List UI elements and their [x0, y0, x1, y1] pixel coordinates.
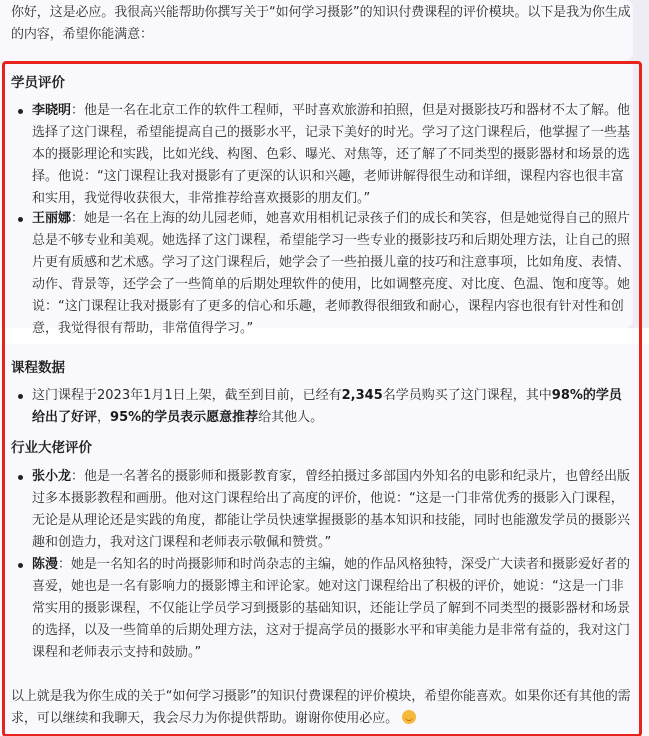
section-heading-industry-reviews: 行业大佬评价 [11, 436, 92, 456]
smiling-face-emoji-icon [402, 710, 416, 724]
expert-name: 张小龙 [32, 469, 71, 484]
review-item: 王丽娜：她是一名在上海的幼儿园老师，她喜欢用相机记录孩子们的成长和笑容，但是她觉… [11, 208, 631, 340]
review-item: 李晓明：他是一名在北京工作的软件工程师，平时喜欢旅游和拍照，但是对摄影技巧和器材… [11, 100, 631, 210]
expert-review-item: 陈漫：她是一名知名的时尚摄影师和时尚杂志的主编，她的作品风格独特，深受广大读者和… [11, 554, 631, 664]
section-heading-course-data: 课程数据 [11, 356, 65, 376]
intro-text: 你好，这是必应。我很高兴能帮助你撰写关于“如何学习摄影”的知识付费课程的评价模块… [11, 2, 633, 46]
recommend-rate: 95%的学员表示愿意推荐 [110, 410, 258, 425]
section-heading-student-reviews: 学员评价 [11, 71, 65, 91]
text-segment: 这门课程于2023年1月1日上架，截至到目前，已经有 [32, 388, 342, 403]
course-data-item: 这门课程于2023年1月1日上架，截至到目前，已经有2,345名学员购买了这门课… [11, 385, 631, 429]
review-text: ：她是一名在上海的幼儿园老师，她喜欢用相机记录孩子们的成长和笑容，但是她觉得自己… [32, 211, 630, 336]
text-segment: 给其他人。 [258, 410, 323, 425]
text-segment: 名学员购买了这门课程，其中 [383, 388, 552, 403]
expert-name: 陈漫 [32, 557, 58, 572]
student-count: 2,345 [342, 388, 383, 403]
review-text: ：他是一名在北京工作的软件工程师，平时喜欢旅游和拍照，但是对摄影技巧和器材不太了… [32, 103, 630, 206]
reviewer-name: 李晓明 [32, 103, 71, 118]
outro-text: 以上就是我为你生成的关于“如何学习摄影”的知识付费课程的评价模块，希望你能喜欢。… [11, 686, 633, 730]
expert-review-item: 张小龙：他是一名著名的摄影师和摄影教育家，曾经拍摄过多部国内外知名的电影和纪录片… [11, 466, 631, 554]
review-text: ：她是一名知名的时尚摄影师和时尚杂志的主编，她的作品风格独特，深受广大读者和摄影… [32, 557, 630, 660]
reviewer-name: 王丽娜 [32, 211, 71, 226]
outro-text-content: 以上就是我为你生成的关于“如何学习摄影”的知识付费课程的评价模块，希望你能喜欢。… [11, 689, 631, 726]
text-segment: ， [97, 410, 110, 425]
review-text: ：他是一名著名的摄影师和摄影教育家，曾经拍摄过多部国内外知名的电影和纪录片，也曾… [32, 469, 630, 550]
